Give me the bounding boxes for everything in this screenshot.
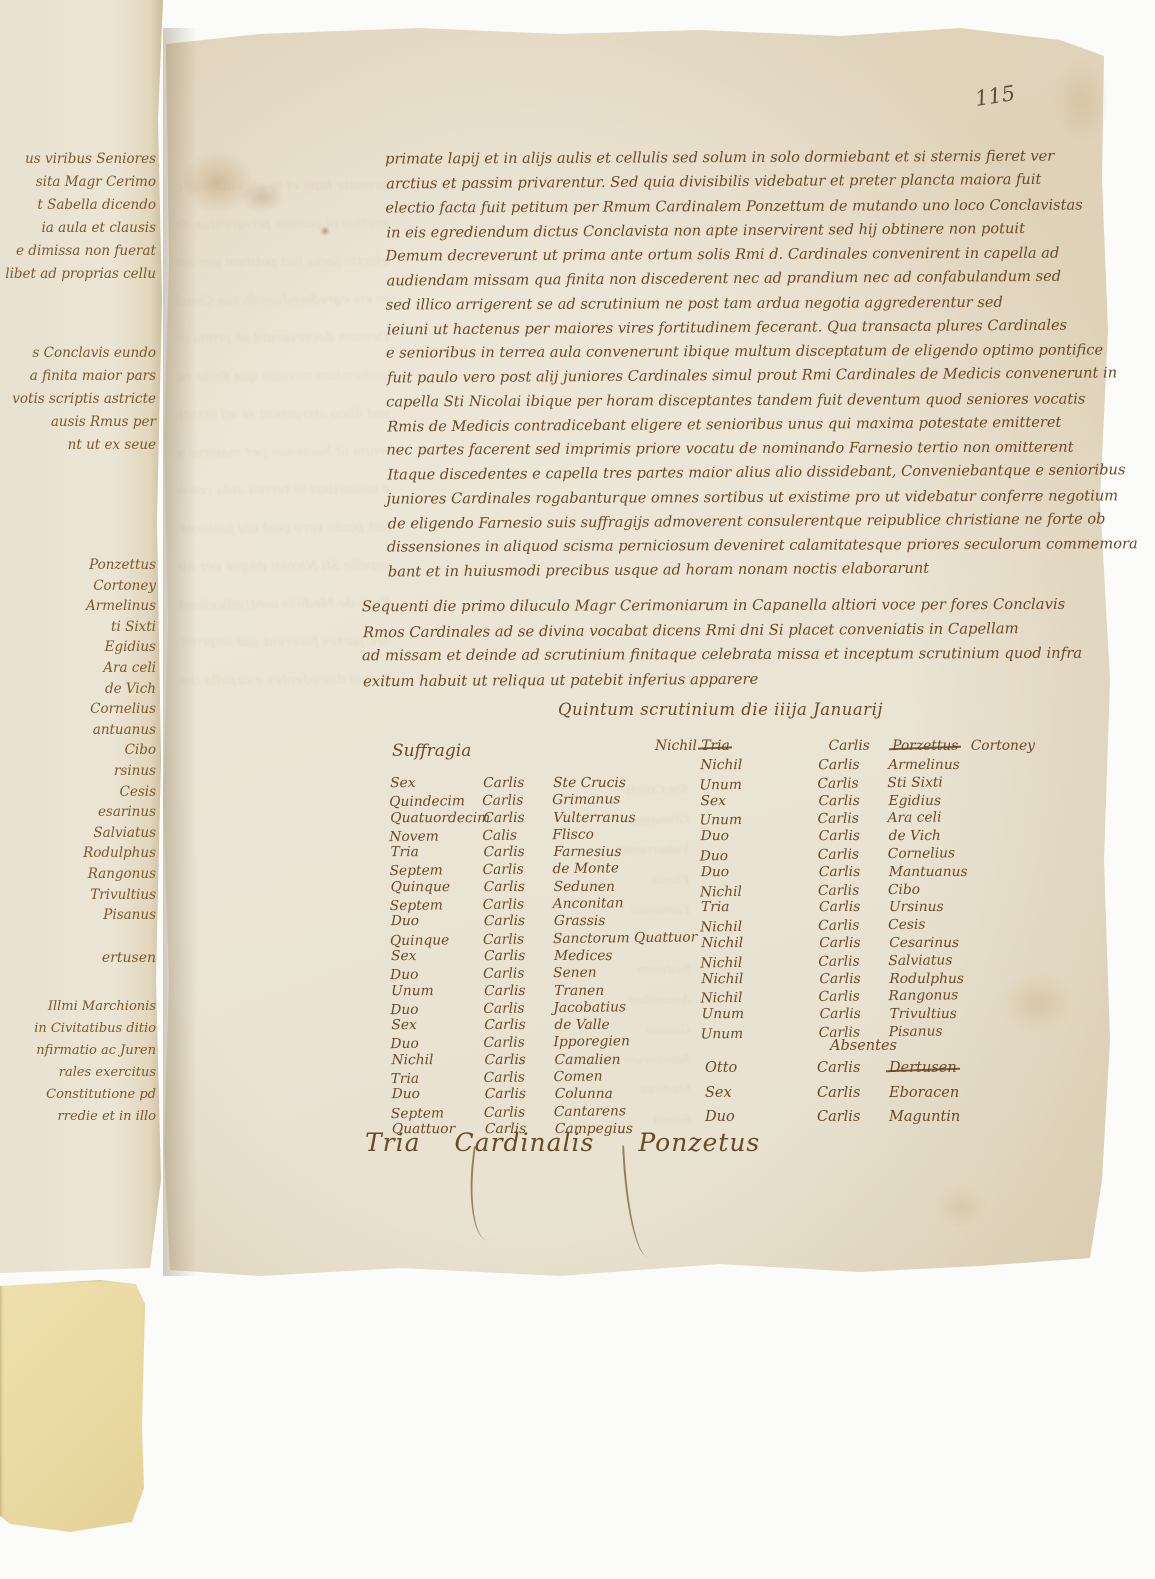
cardinal-label: Carlis (818, 757, 888, 773)
scrutiny-row: Otto Carlis Dertusen (705, 1060, 1085, 1085)
scrutiny-row: Duo Carlis Cornelius (700, 844, 1100, 867)
cardinal-name: Sti Sixti (887, 774, 943, 791)
cardinal-name: Ipporegien (553, 1034, 630, 1051)
cardinal-label: Carlis (817, 775, 887, 792)
scrutiny-row: Duo Carlis Colunna (392, 1086, 742, 1104)
cardinal-label: Carlis (818, 846, 888, 863)
vote-count: Novem (389, 828, 482, 845)
margin-line: rales exercitus (0, 1062, 160, 1084)
cardinal-label: Carlis (483, 1035, 553, 1052)
margin-line: libet ad proprias cellu (0, 263, 160, 286)
cardinal-name: Grimanus (552, 792, 620, 809)
margin-line: Constitutione pd (0, 1084, 160, 1106)
cardinal-name: Cesis (888, 917, 925, 933)
margin-candidate-name: Ara celi (0, 658, 160, 679)
margin-line: s Conclavis eundo (0, 342, 160, 365)
ponzetus-total-line: TriaCardinalisPonzetus (365, 1128, 760, 1157)
vote-count: Duo (390, 1001, 483, 1018)
scrutiny-row: Duo Carlis Grassis (391, 913, 741, 931)
vote-count: Nichil (700, 918, 818, 935)
vote-count: Quindecim (389, 793, 482, 810)
cardinal-label: Carlis (819, 899, 889, 915)
scrutiny-row: Duo Carlis Ipporegien (390, 1032, 740, 1054)
cardinal-label: Carlis (485, 1052, 555, 1068)
vote-count: Duo (705, 1109, 817, 1125)
vote-count: Quatuordecim (390, 810, 483, 826)
vote-count: Unum (699, 811, 817, 828)
margin-candidate-name: Trivultius (0, 885, 160, 906)
scrutiny-row: Septem Carlis de Monte (389, 859, 739, 881)
margin-text-block: Illmi Marchionisin Civitatibus ditionfir… (0, 996, 160, 1128)
text-line: Rmis de Medicis contradicebant eligere e… (387, 410, 1095, 439)
cardinal-name: Comen (554, 1069, 603, 1086)
margin-candidate-name: Rangonus (0, 864, 160, 885)
scrutiny-row: Septem Carlis Cantarens (391, 1102, 741, 1124)
cardinal-name: Cortoney (971, 738, 1035, 754)
cardinal-name: Ponzetus (638, 1128, 760, 1157)
margin-candidate-list: PonzettusCortoneyArmelinusti SixtiEgidiu… (0, 555, 160, 926)
text-line: ad missam et deinde ad scrutinium finita… (362, 642, 1092, 669)
cardinal-name: de Monte (552, 861, 619, 878)
cardinal-label: Calis (482, 827, 552, 844)
margin-line: ia aula et clausis (0, 217, 160, 240)
cardinal-name: Medices (554, 948, 613, 964)
vote-count-struck: Tria (701, 738, 729, 754)
vote-count: Septem (390, 897, 483, 914)
cardinal-name: Cibo (888, 881, 920, 897)
cardinal-label: Carlis (484, 879, 554, 895)
absentes-label: Absentes (830, 1038, 897, 1054)
cardinal-label: Carlis (818, 793, 888, 809)
cardinal-label: Carlis (484, 1017, 554, 1033)
vote-count: Nichil (700, 954, 818, 971)
cardinal-label: Carlis (817, 1060, 889, 1076)
vote-count: Nichil (701, 971, 819, 987)
margin-text-block: us viribus Senioressita Magr Cerimot Sab… (0, 148, 160, 286)
scrutiny-row: Quinque Carlis Sanctorum Quattuor (390, 929, 740, 951)
vote-count: Quinque (391, 879, 484, 895)
margin-candidate-name: Pisanus (0, 905, 160, 926)
second-paragraph: Sequenti die primo diluculo Magr Cerimon… (362, 593, 1092, 694)
cardinal-name: Ursinus (889, 899, 944, 915)
cardinal-name: Eboracen (889, 1085, 959, 1101)
vote-count: Otto (705, 1060, 817, 1076)
cardinal-name-struck: Porzettus (892, 738, 958, 754)
vote-count: Sex (705, 1085, 817, 1101)
cardinal-label: Carlis (829, 738, 870, 754)
cardinal-label: Carlis (484, 913, 554, 929)
cardinal-label: Carlis (483, 1000, 553, 1017)
cardinal-name: Armelinus (888, 757, 959, 773)
scrutiny-row: Sex Carlis Eboracen (705, 1085, 1085, 1110)
margin-line: nfirmatio ac Juren (0, 1040, 160, 1062)
vote-count: Sex (391, 1017, 484, 1033)
margin-candidate-name: Ponzettus (0, 555, 160, 576)
margin-line: a finita maior pars (0, 365, 160, 388)
cardinal-name: Cornelius (888, 845, 956, 862)
cardinal-label: Carlis (483, 965, 553, 982)
cardinal-name: Farnesius (553, 844, 621, 860)
cardinal-name: Dertusen (889, 1060, 957, 1076)
cardinal-name: de Valle (554, 1017, 609, 1033)
scrutiny-row: Unum Carlis Tranen (391, 982, 741, 1000)
scrutiny-row: Nichil Carlis Cesarinus (701, 935, 1101, 953)
vote-count: Duo (391, 913, 484, 929)
vote-count: Tria (390, 844, 483, 860)
cardinal-label: Carlis (818, 989, 888, 1006)
cardinal-name: Anconitan (553, 895, 624, 912)
absentes-rows: Otto Carlis Dertusen Sex Carlis Eboracen… (705, 1060, 1085, 1134)
margin-line: t Sabella dicendo (0, 194, 160, 217)
scrutiny-row: Duo Carlis Maguntin (705, 1109, 1085, 1134)
margin-candidate-name: rsinus (0, 761, 160, 782)
cardinal-name: Vulterranus (553, 810, 635, 826)
margin-candidate-name: esarinus (0, 802, 160, 823)
margin-line: sita Magr Cerimo (0, 171, 160, 194)
vote-count: Unum (701, 1025, 819, 1042)
cardinal-name: Jacobatius (553, 999, 626, 1016)
margin-candidate-name: Cornelius (0, 699, 160, 720)
cardinal-label: Carlis (484, 1069, 554, 1086)
text-line: ieiuni ut hactenus per maiores vires for… (387, 313, 1095, 342)
vote-count: Nichil (700, 883, 818, 900)
scrutiny-row: Duo Carlis Mantuanus (701, 864, 1101, 882)
cardinal-label: Carlis (482, 862, 552, 879)
text-line: Sequenti die primo diluculo Magr Cerimon… (362, 593, 1092, 620)
vote-count: Quinque (390, 932, 483, 949)
cardinal-name: Colunna (555, 1086, 613, 1102)
cardinal-label: Carlis (819, 828, 889, 844)
vote-count: Tria (391, 1070, 484, 1087)
cardinal-label: Carlis (484, 1104, 554, 1121)
cardinal-label: Carlis (820, 1006, 890, 1022)
cardinal-label: Carlis (483, 931, 553, 948)
facing-folio-edge: us viribus Senioressita Magr Cerimot Sab… (0, 0, 163, 1273)
margin-candidate-name: Rodulphus (0, 843, 160, 864)
cardinal-name: Senen (553, 965, 597, 982)
cardinal-name: Flisco (552, 827, 594, 844)
cardinal-name: Sanctorum Quattuor (553, 929, 698, 947)
vote-count: Nichil (655, 738, 697, 754)
margin-text-block: s Conclavis eundoa finita maior parsvoti… (0, 342, 160, 457)
cardinal-name: Cesarinus (889, 935, 959, 951)
cardinal-label: Carlis (817, 1109, 889, 1125)
vote-count: Duo (701, 828, 819, 844)
cardinal-name: Sedunen (554, 879, 615, 895)
scrutiny-row: Unum Carlis Sti Sixti (699, 772, 1099, 795)
scrutiny-row: Nichil Carlis Armelinus (700, 757, 1100, 775)
margin-candidate-name: Egidius (0, 637, 160, 658)
scrutiny-right-column: Nichil Carlis Armelinus Unum Carlis Sti … (699, 756, 1100, 1043)
suffragia-label: Suffragia (392, 741, 471, 761)
scrutiny-row: Duo Carlis Senen (390, 963, 740, 985)
text-line: exitum habuit ut reliqua ut patebit infe… (363, 665, 1093, 694)
cardinal-label: Cardinalis (455, 1128, 595, 1157)
text-line: capella Sti Nicolai ibique per horam dis… (386, 387, 1094, 414)
vote-count: Sex (391, 948, 484, 964)
parchment-fold (0, 1278, 147, 1540)
vote-count: Septem (391, 1105, 484, 1122)
margin-candidate-name: Armelinus (0, 596, 160, 617)
cardinal-label: Carlis (819, 935, 889, 951)
cardinal-label: Carlis (482, 792, 552, 809)
margin-line: e dimissa non fuerat (0, 240, 160, 263)
vote-count: Duo (701, 864, 819, 880)
text-line: de eligendo Farnesio suis suffragijs adm… (388, 507, 1096, 536)
cardinal-name: Salviatus (888, 952, 952, 969)
cardinal-name: Egidius (888, 793, 941, 809)
cardinal-label: Carlis (483, 896, 553, 913)
vote-count: Unum (699, 776, 817, 793)
cardinal-name: Tranen (554, 983, 604, 999)
cardinal-label: Carlis (818, 953, 888, 970)
text-line: Rmos Cardinales ad se divina vocabat dic… (363, 616, 1093, 645)
scrutiny-row-corrected: Nichil Tria Carlis Porzettus Cortoney (655, 738, 1035, 754)
vote-count: Unum (702, 1006, 820, 1022)
cardinal-label: Carlis (818, 917, 888, 934)
vote-count: Nichil (700, 757, 818, 773)
cardinal-name: Rodulphus (889, 971, 964, 987)
scrutiny-row: Quatuordecim Carlis Vulterranus (390, 809, 740, 827)
cardinal-name: Mantuanus (889, 864, 968, 880)
cardinal-name: Ste Crucis (553, 775, 626, 791)
scrutiny-row: Quindecim Carlis Grimanus (389, 790, 739, 812)
vote-count: Nichil (392, 1052, 485, 1068)
margin-line: rredie et in illo (0, 1106, 160, 1128)
cardinal-label: Carlis (818, 882, 888, 899)
scrutiny-left-column: Sex Carlis Ste Crucis Quindecim Carlis G… (389, 774, 741, 1139)
margin-candidate-name: Cortoney (0, 576, 160, 597)
vote-count: Duo (392, 1086, 485, 1102)
margin-line: Illmi Marchionis (0, 996, 160, 1018)
vote-count: Duo (390, 1035, 483, 1052)
cardinal-name: Cantarens (554, 1103, 626, 1120)
margin-line: us viribus Seniores (0, 148, 160, 171)
cardinal-label: Carlis (483, 775, 553, 791)
scrutiny-row: Nichil Carlis Salviatus (700, 950, 1100, 973)
vote-count: Tria (365, 1128, 421, 1157)
cardinal-label: Carlis (484, 983, 554, 999)
cardinal-name: Camalien (555, 1052, 621, 1068)
vote-count: Duo (700, 847, 818, 864)
margin-candidate-name: Cesis (0, 782, 160, 803)
cardinal-label: Carlis (485, 1086, 555, 1102)
cardinal-label: Carlis (817, 811, 887, 828)
cardinal-label: Carlis (819, 971, 889, 987)
scrutiny-heading: Quintum scrutinium die iiija Januarij (558, 700, 883, 719)
text-line: sed illico arrigerent se ad scrutinium n… (386, 290, 1094, 317)
vote-count: Tria (701, 899, 819, 915)
cardinal-label: Carlis (817, 1085, 889, 1101)
cardinal-name: Grassis (554, 913, 606, 929)
margin-dertusen-line: ertusen (0, 950, 160, 966)
cardinal-name: Maguntin (889, 1109, 960, 1125)
cardinal-label: Carlis (819, 864, 889, 880)
cardinal-label: Carlis (483, 844, 553, 860)
margin-candidate-name: antuanus (0, 720, 160, 741)
vote-count: Unum (391, 983, 484, 999)
vote-count: Sex (390, 775, 483, 791)
main-paragraph: primate lapij et in alijs aulis et cellu… (385, 144, 1095, 584)
vote-count: Duo (390, 966, 483, 983)
text-line: juniores Cardinales rogabanturque omnes … (387, 484, 1095, 511)
cardinal-label: Carlis (484, 948, 554, 964)
cardinal-name: de Vich (889, 828, 941, 844)
margin-candidate-name: Cibo (0, 740, 160, 761)
vote-count: Septem (389, 862, 482, 879)
text-line: bant et in huiusmodi precibus usque ad h… (388, 556, 1096, 585)
vote-count: Nichil (701, 935, 819, 951)
margin-candidate-name: Salviatus (0, 823, 160, 844)
cardinal-name: Trivultius (890, 1006, 957, 1022)
margin-line: ausis Rmus per (0, 411, 160, 434)
vote-count: Nichil (700, 989, 818, 1006)
margin-line: votis scriptis astricte (0, 388, 160, 411)
scrutiny-row: Unum Carlis Pisanus (701, 1022, 1101, 1045)
margin-candidate-name: ti Sixti (0, 617, 160, 638)
text-line: in eis egrediendum dictus Conclavista no… (386, 216, 1094, 245)
cardinal-label: Carlis (483, 810, 553, 826)
cardinal-name: Rangonus (888, 988, 958, 1005)
margin-line: in Civitatibus ditio (0, 1018, 160, 1040)
margin-candidate-name: de Vich (0, 679, 160, 700)
cardinal-name: Ara celi (887, 810, 941, 827)
margin-line: nt ut ex seue (0, 434, 160, 457)
text-line: electio facta fuit petitum per Rmum Card… (385, 193, 1093, 220)
vote-count: Sex (700, 793, 818, 809)
